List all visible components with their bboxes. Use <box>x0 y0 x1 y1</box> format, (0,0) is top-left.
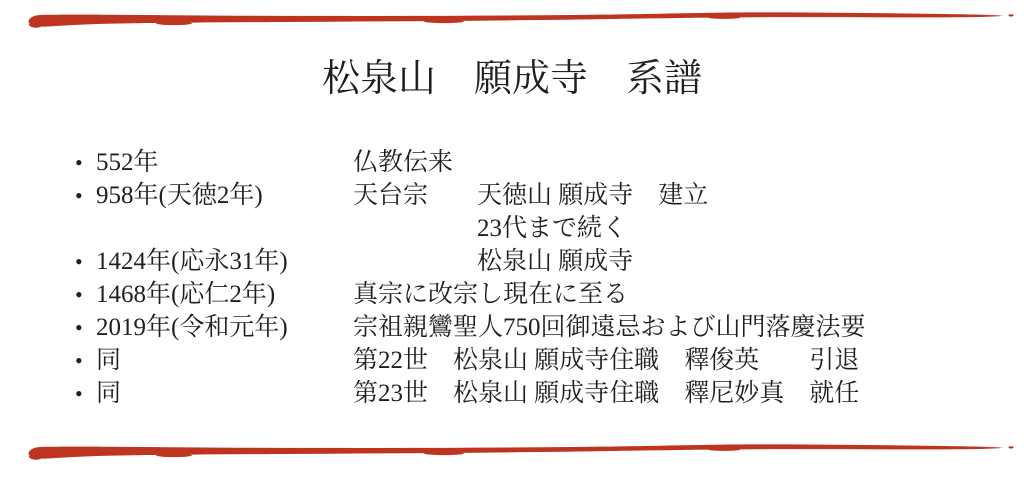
event-label: 第23世 松泉山 願成寺住職 釋尼妙真 就任 <box>353 377 1014 410</box>
year-label: 552年 <box>96 146 353 179</box>
bullet-icon: • <box>70 311 96 344</box>
event-detail-label: 天徳山 願成寺 建立 <box>477 179 1014 212</box>
bullet-icon: • <box>70 146 96 179</box>
bottom-brush-stroke-decoration <box>24 441 1016 463</box>
bullet-icon: • <box>70 245 96 278</box>
year-label: 同 <box>96 344 353 377</box>
year-label: 2019年(令和元年) <box>96 311 353 344</box>
page-title: 松泉山 願成寺 系譜 <box>0 58 1024 100</box>
year-label: 1424年(応永31年) <box>96 245 353 278</box>
bullet-icon: • <box>70 377 96 410</box>
bullet-icon: • <box>70 344 96 377</box>
timeline-row: • 同 第23世 松泉山 願成寺住職 釋尼妙真 就任 <box>70 377 1014 410</box>
event-detail-label: 松泉山 願成寺 <box>477 245 1014 278</box>
timeline-row: 23代まで続く <box>70 212 1014 245</box>
event-detail-label: 23代まで続く <box>477 212 1014 245</box>
year-label: 958年(天徳2年) <box>96 179 353 212</box>
bullet-icon: • <box>70 179 96 212</box>
year-label: 同 <box>96 377 353 410</box>
event-label <box>353 212 477 245</box>
timeline-row: • 2019年(令和元年) 宗祖親鸞聖人750回御遠忌および山門落慶法要 <box>70 311 1014 344</box>
bullet-icon <box>70 212 96 245</box>
bullet-icon: • <box>70 278 96 311</box>
timeline-row: • 1424年(応永31年) 松泉山 願成寺 <box>70 245 1014 278</box>
event-label: 天台宗 <box>353 179 477 212</box>
event-label: 宗祖親鸞聖人750回御遠忌および山門落慶法要 <box>353 311 1014 344</box>
timeline-row: • 552年 仏教伝来 <box>70 146 1014 179</box>
event-label: 仏教伝来 <box>353 146 477 179</box>
event-detail-label <box>477 146 1014 179</box>
timeline-row: • 1468年(応仁2年) 真宗に改宗し現在に至る <box>70 278 1014 311</box>
top-brush-stroke-decoration <box>24 9 1016 31</box>
event-label <box>353 245 477 278</box>
event-label: 第22世 松泉山 願成寺住職 釋俊英 引退 <box>353 344 1014 377</box>
timeline-row: • 958年(天徳2年) 天台宗 天徳山 願成寺 建立 <box>70 179 1014 212</box>
timeline-list: • 552年 仏教伝来 • 958年(天徳2年) 天台宗 天徳山 願成寺 建立 … <box>70 146 1014 410</box>
document-page: 松泉山 願成寺 系譜 • 552年 仏教伝来 • 958年(天徳2年) 天台宗 … <box>0 0 1024 480</box>
year-label <box>96 212 353 245</box>
event-label: 真宗に改宗し現在に至る <box>353 278 1014 311</box>
year-label: 1468年(応仁2年) <box>96 278 353 311</box>
timeline-row: • 同 第22世 松泉山 願成寺住職 釋俊英 引退 <box>70 344 1014 377</box>
